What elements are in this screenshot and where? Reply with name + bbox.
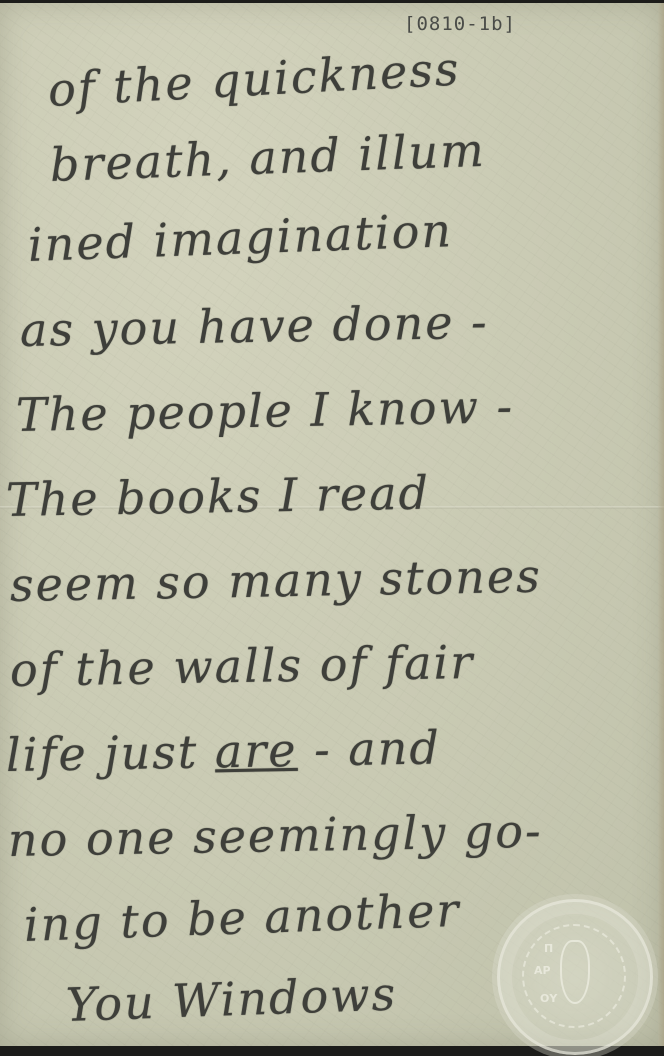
handwritten-line-10: no one seemingly go- [8,804,543,867]
handwritten-line-1: of the quickness [47,41,462,117]
handwritten-line-9: life just are - and [6,720,442,782]
seal-urn-emblem-icon [560,940,590,1004]
embossed-seal: Π ΑΡ ΟΥ [497,899,653,1055]
handwritten-line-6: The books I read [6,466,431,527]
underlined-word: are [214,723,298,778]
seal-letter-3: ΟΥ [540,992,557,1005]
handwritten-line-12: You Windows [65,966,398,1032]
handwritten-line-4: as you have done - [20,295,489,357]
handwritten-line-2: breath, and illum [49,123,487,192]
handwritten-line-8: of the walls of fair [10,635,475,697]
handwritten-line-5: The people I know - [16,379,515,442]
line-9-text: life just [6,724,216,782]
handwritten-line-3: ined imagination [27,203,454,272]
handwritten-line-11: ing to be another [23,883,461,952]
seal-letter-1: Π [544,942,553,955]
letter-page: [0810-1b] of the quickness breath, and i… [0,3,664,1046]
handwritten-line-7: seem so many stones [10,549,543,612]
paper-edge [658,3,664,1046]
line-9-tail: - and [297,720,441,776]
seal-letter-2: ΑΡ [534,964,551,977]
archive-reference-number: [0810-1b] [404,13,516,35]
